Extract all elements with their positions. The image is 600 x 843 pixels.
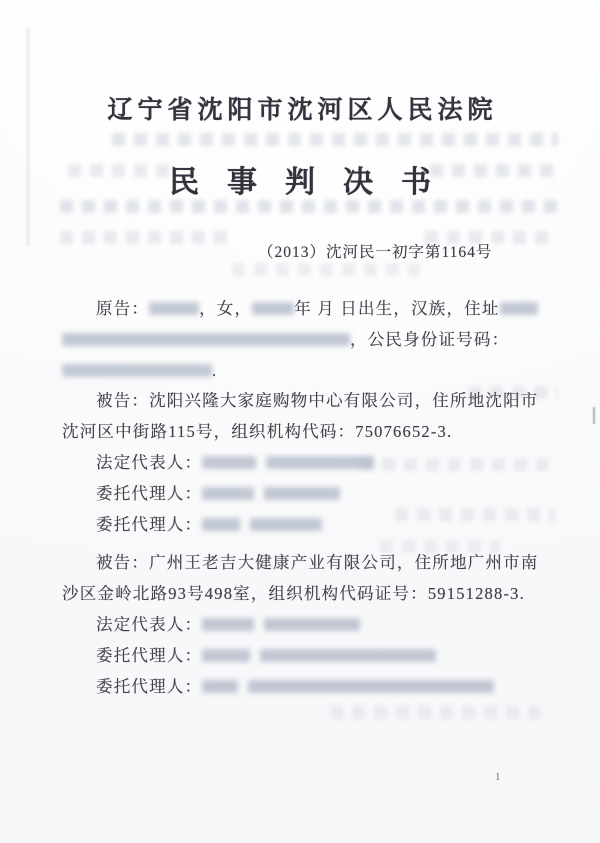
redacted-text — [62, 364, 212, 377]
bleedthrough-text-artifact — [60, 200, 557, 213]
document-text: 委托代理人： — [96, 484, 202, 503]
redacted-text — [248, 680, 494, 693]
document-line: ，公民身份证号码： — [62, 325, 554, 356]
document-line: 被告：沈阳兴隆大家庭购物中心有限公司，住所地沈阳市 — [62, 386, 554, 417]
document-text: ，女， — [199, 299, 252, 318]
document-text: 法定代表人： — [96, 615, 202, 634]
redacted-text — [62, 333, 350, 346]
document-line: 沈河区中街路115号，组织机构代码：75076652-3. — [62, 417, 554, 448]
redaction-gap — [254, 498, 264, 499]
bleedthrough-text-artifact — [232, 263, 420, 276]
bleedthrough-text-artifact — [112, 133, 558, 146]
document-text: 被告：沈阳兴隆大家庭购物中心有限公司，住所地沈阳市 — [96, 391, 539, 410]
redacted-text — [202, 456, 256, 469]
redacted-text — [202, 649, 250, 662]
redacted-text — [202, 518, 240, 531]
document-line: 委托代理人： — [62, 672, 554, 703]
document-text: 年 月 日出生，汉族，住址 — [294, 299, 499, 318]
bleedthrough-text-artifact — [60, 231, 235, 244]
court-name: 辽宁省沈阳市沈河区人民法院 — [0, 90, 600, 126]
redacted-text — [252, 302, 294, 315]
redacted-text — [202, 487, 254, 500]
bleedthrough-text-artifact — [330, 706, 545, 719]
document-line: 委托代理人： — [62, 510, 554, 541]
redaction-gap — [254, 629, 264, 630]
document-text: 沙区金岭北路93号498室，组织机构代码证号：59151288-3. — [62, 584, 525, 603]
document-text: 被告：广州王老吉大健康产业有限公司，住所地广州市南 — [96, 553, 539, 572]
document-line: . — [62, 356, 554, 387]
redacted-text — [202, 618, 254, 631]
redaction-gap — [256, 467, 266, 468]
redacted-text — [202, 680, 238, 693]
document-text: 原告： — [96, 299, 149, 318]
document-line: 法定代表人： — [62, 610, 554, 641]
page-number: 1 — [495, 771, 501, 783]
document-text: ，公民身份证号码： — [350, 330, 509, 349]
redaction-gap — [238, 691, 248, 692]
document-line: 委托代理人： — [62, 641, 554, 672]
case-number: （2013）沈河民一初字第1164号 — [258, 240, 492, 262]
document-text: 委托代理人： — [96, 677, 202, 696]
document-text: . — [212, 361, 217, 380]
redacted-text — [149, 302, 199, 315]
document-line: 法定代表人： — [62, 448, 554, 479]
redacted-text — [250, 518, 322, 531]
document-text: 委托代理人： — [96, 646, 202, 665]
document-text: 沈河区中街路115号，组织机构代码：75076652-3. — [62, 422, 452, 441]
document-text: 法定代表人： — [96, 453, 202, 472]
scanned-judgment-page: 辽宁省沈阳市沈河区人民法院 民事判决书 （2013）沈河民一初字第1164号 原… — [0, 0, 600, 843]
redaction-gap — [240, 529, 250, 530]
document-line: 被告：广州王老吉大健康产业有限公司，住所地广州市南 — [62, 548, 554, 579]
redaction-gap — [250, 660, 260, 661]
document-body: 原告：，女，年 月 日出生，汉族，住址，公民身份证号码：.被告：沈阳兴隆大家庭购… — [62, 294, 554, 702]
redacted-text — [500, 302, 538, 315]
redacted-text — [264, 618, 360, 631]
scan-edge-artifact — [593, 407, 595, 424]
redacted-text — [264, 487, 340, 500]
document-title: 民事判决书 — [0, 157, 600, 201]
document-line: 原告：，女，年 月 日出生，汉族，住址 — [62, 294, 554, 325]
document-text: 委托代理人： — [96, 515, 202, 534]
redacted-text — [260, 649, 436, 662]
document-line: 委托代理人： — [62, 479, 554, 510]
scan-fold-artifact — [27, 28, 29, 246]
document-line: 沙区金岭北路93号498室，组织机构代码证号：59151288-3. — [62, 579, 554, 610]
redacted-text — [266, 456, 374, 469]
